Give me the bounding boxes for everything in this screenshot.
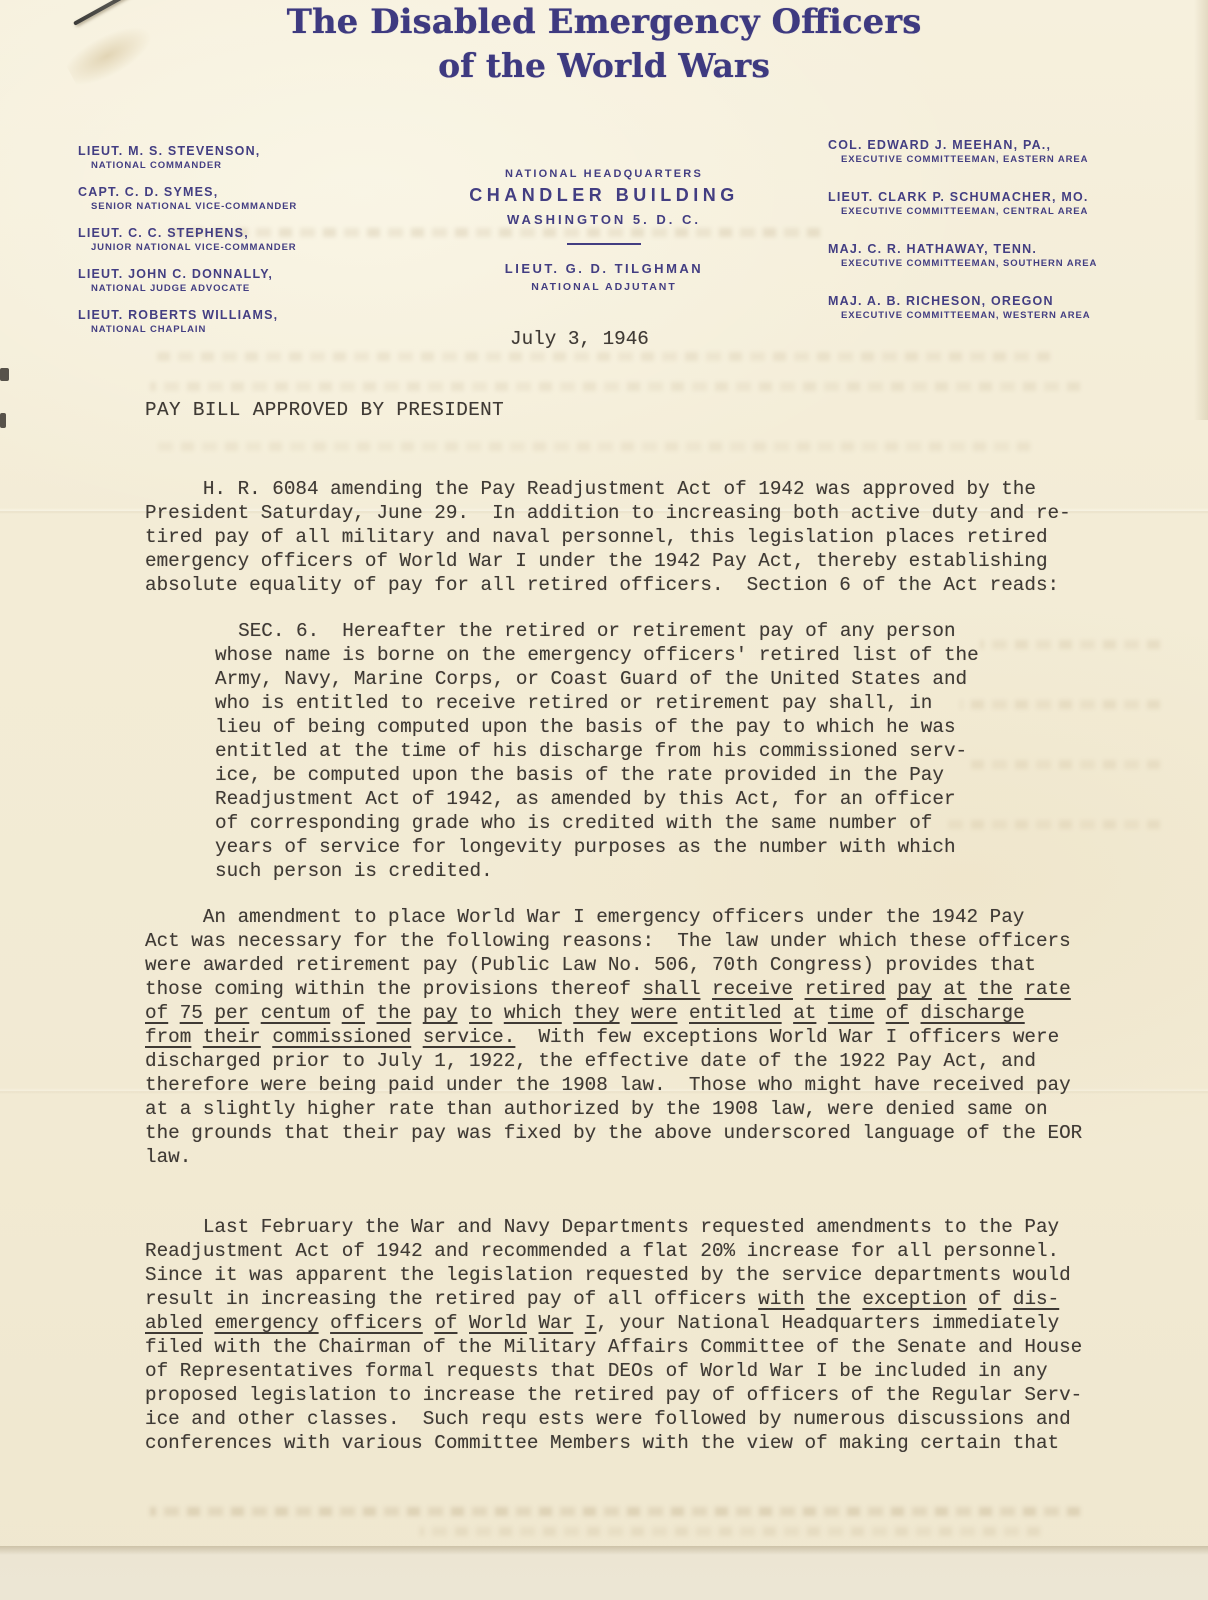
officer-name: COL. EDWARD J. MEEHAN, PA.,: [828, 138, 1198, 152]
headquarters-label: NATIONAL HEADQUARTERS: [404, 168, 804, 180]
officer-entry: COL. EDWARD J. MEEHAN, PA.,EXECUTIVE COM…: [828, 138, 1198, 165]
underlined-word: of: [434, 1312, 457, 1334]
text-line: ice and other classes. Such requ ests we…: [145, 1407, 1105, 1431]
text-line: from their commissioned service. With fe…: [145, 1025, 1105, 1049]
text-line: SEC. 6. Hereafter the retired or retirem…: [215, 619, 1105, 643]
underlined-word: which: [504, 1002, 562, 1024]
officer-list-right: COL. EDWARD J. MEEHAN, PA.,EXECUTIVE COM…: [828, 138, 1198, 346]
text-line: result in increasing the retired pay of …: [145, 1287, 1105, 1311]
adjutant-title: NATIONAL ADJUTANT: [404, 281, 804, 293]
text-line: therefore were being paid under the 1908…: [145, 1073, 1105, 1097]
text-line: H. R. 6084 amending the Pay Readjustment…: [145, 477, 1105, 501]
officer-name: LIEUT. CLARK P. SCHUMACHER, MO.: [828, 190, 1198, 204]
officer-entry: LIEUT. C. C. STEPHENS,JUNIOR NATIONAL VI…: [78, 226, 428, 253]
subject-line: PAY BILL APPROVED BY PRESIDENT: [145, 399, 504, 421]
text-line: whose name is borne on the emergency off…: [215, 643, 1105, 667]
underlined-word: their: [203, 1026, 261, 1048]
underlined-word: at: [943, 978, 966, 1000]
underlined-word: with: [758, 1288, 804, 1310]
officer-list-left: LIEUT. M. S. STEVENSON,NATIONAL COMMANDE…: [78, 144, 428, 349]
underlined-word: War: [538, 1312, 573, 1334]
text-line: law.: [145, 1145, 1105, 1169]
underlined-word: were: [631, 1002, 677, 1024]
text-line: those coming within the provisions there…: [145, 977, 1105, 1001]
adjutant-name: LIEUT. G. D. TILGHMAN: [404, 261, 804, 276]
text-line: ice, be computed upon the basis of the r…: [215, 763, 1105, 787]
paragraph: An amendment to place World War I emerge…: [145, 905, 1105, 1169]
officer-entry: LIEUT. CLARK P. SCHUMACHER, MO.EXECUTIVE…: [828, 190, 1198, 217]
bleedthrough-smudge: [150, 382, 1080, 391]
text-line: of Representatives formal requests that …: [145, 1359, 1105, 1383]
underlined-word: per: [214, 1002, 249, 1024]
officer-name: LIEUT. ROBERTS WILLIAMS,: [78, 308, 428, 322]
officer-name: CAPT. C. D. SYMES,: [78, 185, 428, 199]
officer-title: NATIONAL COMMANDER: [91, 160, 428, 171]
officer-title: NATIONAL CHAPLAIN: [91, 324, 428, 335]
underlined-word: discharge: [921, 1002, 1025, 1024]
bleedthrough-smudge: [150, 442, 1030, 451]
paragraph: H. R. 6084 amending the Pay Readjustment…: [145, 477, 1105, 597]
officer-title: EXECUTIVE COMMITTEEMAN, EASTERN AREA: [841, 154, 1198, 165]
text-line: Since it was apparent the legislation re…: [145, 1263, 1105, 1287]
organization-title-line1: The Disabled Emergency Officers: [0, 0, 1208, 44]
underlined-word: entitled: [689, 1002, 782, 1024]
officer-title: SENIOR NATIONAL VICE-COMMANDER: [91, 201, 428, 212]
bleedthrough-smudge: [150, 1507, 1080, 1516]
text-line: of corresponding grade who is credited w…: [215, 811, 1105, 835]
underlined-word: of: [342, 1002, 365, 1024]
officer-name: MAJ. A. B. RICHESON, OREGON: [828, 294, 1198, 308]
date-line: July 3, 1946: [510, 328, 649, 350]
underlined-word: World: [469, 1312, 527, 1334]
text-line: conferences with various Committee Membe…: [145, 1431, 1105, 1455]
underlined-word: shall: [643, 978, 701, 1000]
text-line: President Saturday, June 29. In addition…: [145, 501, 1105, 525]
paragraph: Last February the War and Navy Departmen…: [145, 1215, 1105, 1455]
text-line: abled emergency officers of World War I,…: [145, 1311, 1105, 1335]
text-line: filed with the Chairman of the Military …: [145, 1335, 1105, 1359]
underlined-word: from: [145, 1026, 191, 1048]
text-line: Readjustment Act of 1942 and recommended…: [145, 1239, 1105, 1263]
officer-title: EXECUTIVE COMMITTEEMAN, CENTRAL AREA: [841, 206, 1198, 217]
text-line: years of service for longevity purposes …: [215, 835, 1105, 859]
text-line: the grounds that their pay was fixed by …: [145, 1121, 1105, 1145]
underlined-word: the: [377, 1002, 412, 1024]
officer-name: LIEUT. JOHN C. DONNALLY,: [78, 267, 428, 281]
text-line: such person is credited.: [215, 859, 1105, 883]
text-line: were awarded retirement pay (Public Law …: [145, 953, 1105, 977]
text-line: discharged prior to July 1, 1922, the ef…: [145, 1049, 1105, 1073]
divider-rule: [567, 243, 641, 245]
underlined-word: receive: [712, 978, 793, 1000]
text-line: An amendment to place World War I emerge…: [145, 905, 1105, 929]
officer-name: LIEUT. M. S. STEVENSON,: [78, 144, 428, 158]
officer-title: JUNIOR NATIONAL VICE-COMMANDER: [91, 242, 428, 253]
underlined-word: of: [145, 1002, 168, 1024]
underlined-word: of: [978, 1288, 1001, 1310]
officer-entry: MAJ. A. B. RICHESON, OREGONEXECUTIVE COM…: [828, 294, 1198, 321]
underlined-word: retired: [805, 978, 886, 1000]
text-line: emergency officers of World War I under …: [145, 549, 1105, 573]
underlined-word: service.: [423, 1026, 516, 1048]
text-line: at a slightly higher rate than authorize…: [145, 1097, 1105, 1121]
underlined-word: the: [978, 978, 1013, 1000]
officer-title: NATIONAL JUDGE ADVOCATE: [91, 283, 428, 294]
bleedthrough-smudge: [420, 1527, 1040, 1536]
bleedthrough-smudge: [150, 352, 1050, 361]
edge-speck: [0, 368, 9, 381]
text-line: who is entitled to receive retired or re…: [215, 691, 1105, 715]
city-line: WASHINGTON 5. D. C.: [404, 212, 804, 227]
underlined-word: I: [585, 1312, 597, 1334]
text-line: entitled at the time of his discharge fr…: [215, 739, 1105, 763]
underlined-word: dis-: [1013, 1288, 1059, 1310]
officer-title: EXECUTIVE COMMITTEEMAN, WESTERN AREA: [841, 310, 1198, 321]
officer-entry: LIEUT. ROBERTS WILLIAMS,NATIONAL CHAPLAI…: [78, 308, 428, 335]
underlined-word: time: [828, 1002, 874, 1024]
underlined-word: exception: [862, 1288, 966, 1310]
officer-entry: LIEUT. M. S. STEVENSON,NATIONAL COMMANDE…: [78, 144, 428, 171]
underlined-word: commissioned: [272, 1026, 411, 1048]
officer-entry: LIEUT. JOHN C. DONNALLY,NATIONAL JUDGE A…: [78, 267, 428, 294]
text-line: tired pay of all military and naval pers…: [145, 525, 1105, 549]
underlined-word: to: [469, 1002, 492, 1024]
underlined-word: they: [573, 1002, 619, 1024]
headquarters-block: NATIONAL HEADQUARTERS CHANDLER BUILDING …: [404, 168, 804, 293]
text-line: Army, Navy, Marine Corps, or Coast Guard…: [215, 667, 1105, 691]
text-line: of 75 per centum of the pay to which the…: [145, 1001, 1105, 1025]
text-line: absolute equality of pay for all retired…: [145, 573, 1105, 597]
text-line: proposed legislation to increase the ret…: [145, 1383, 1105, 1407]
officer-entry: MAJ. C. R. HATHAWAY, TENN.EXECUTIVE COMM…: [828, 242, 1198, 269]
organization-title-line2: of the World Wars: [0, 44, 1208, 88]
underlined-word: emergency: [214, 1312, 318, 1334]
underlined-word: pay: [897, 978, 932, 1000]
underlined-word: the: [816, 1288, 851, 1310]
building-name: CHANDLER BUILDING: [404, 185, 804, 206]
underlined-word: at: [793, 1002, 816, 1024]
edge-speck: [0, 413, 6, 428]
text-line: Last February the War and Navy Departmen…: [145, 1215, 1105, 1239]
underlined-word: of: [886, 1002, 909, 1024]
officer-name: MAJ. C. R. HATHAWAY, TENN.: [828, 242, 1198, 256]
underlined-word: officers: [330, 1312, 423, 1334]
underlined-word: centum: [261, 1002, 330, 1024]
officer-title: EXECUTIVE COMMITTEEMAN, SOUTHERN AREA: [841, 258, 1198, 269]
underlined-word: 75: [180, 1002, 203, 1024]
letter-body: H. R. 6084 amending the Pay Readjustment…: [145, 477, 1105, 1455]
letter-page: The Disabled Emergency Officers of the W…: [0, 0, 1208, 1600]
text-line: lieu of being computed upon the basis of…: [215, 715, 1105, 739]
officer-entry: CAPT. C. D. SYMES,SENIOR NATIONAL VICE-C…: [78, 185, 428, 212]
underlined-word: abled: [145, 1312, 203, 1334]
officer-name: LIEUT. C. C. STEPHENS,: [78, 226, 428, 240]
organization-title: The Disabled Emergency Officers of the W…: [0, 0, 1208, 88]
text-line: Act was necessary for the following reas…: [145, 929, 1105, 953]
text-line: Readjustment Act of 1942, as amended by …: [215, 787, 1105, 811]
underlined-word: pay: [423, 1002, 458, 1024]
paragraph: SEC. 6. Hereafter the retired or retirem…: [215, 619, 1105, 883]
paper-bottom-edge: [0, 1546, 1208, 1600]
underlined-word: rate: [1024, 978, 1070, 1000]
